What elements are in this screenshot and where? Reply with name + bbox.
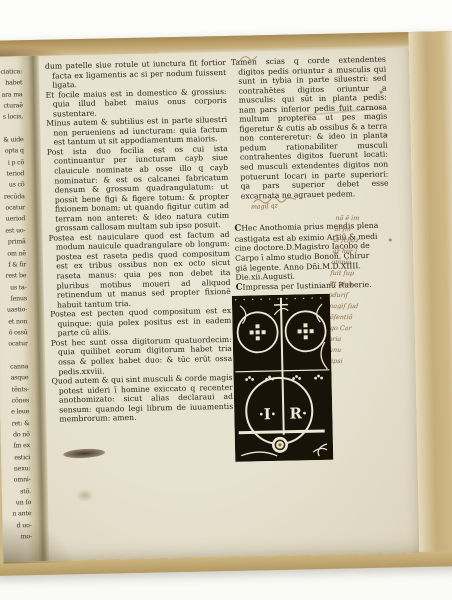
printers-device-woodcut: ·I· R· [232,294,333,462]
paragraph: Tamen scias q corde extendentes digitos … [231,55,389,201]
gutter-facing-page-strip: ciatica: habet ara ma cturaē s locis, & … [0,56,49,562]
marginal-notes: nõ ē im ĩiĩ ſm al ſchdz qz hor ĩ omnĩo f… [322,213,398,367]
ink-mark [237,48,259,58]
ink-speck [380,91,383,94]
paragraph: Post ista duo focilia est os cui ista co… [47,144,230,234]
monogram-letter-r: R· [289,404,307,422]
ink-blot-over-amen [63,448,105,459]
printed-text-block: dum patelle siue rotule ut iunctura fit … [45,55,399,562]
paragraph: Et focile maius est in domestico & gross… [45,87,227,119]
facing-page-text-fragments: ciatica: habet ara ma cturaē s locis, & … [0,66,32,543]
paragraph: Postea est pecten quod compositum est ex… [50,306,232,338]
book-block: ciatica: habet ara ma cturaē s locis, & … [0,31,452,576]
text-column-left: dum patelle siue rotule ut iunctura fit … [45,58,234,424]
paragraph: Post hec sunt ossa digitorum quatuordeci… [51,335,233,377]
photo-of-antique-book-page: ciatica: habet ara ma cturaē s locis, & … [0,0,452,600]
ink-flourish [252,190,300,201]
monogram-letter-i: ·I· [258,405,276,423]
ink-speck [389,238,392,241]
paragraph: Postea est nauiculare quod est factum ad… [48,230,231,310]
paragraph: Minus autem & subtilius est in parte sil… [46,115,228,147]
paragraph: dum patelle siue rotule ut iunctura fit … [45,58,227,90]
ink-speck [384,134,387,137]
recto-page: ciatica: habet ara ma cturaē s locis, & … [0,48,419,562]
paragraph: Quod autem & qui sint musculi & corde ma… [51,373,233,425]
paper-stain [76,489,94,502]
